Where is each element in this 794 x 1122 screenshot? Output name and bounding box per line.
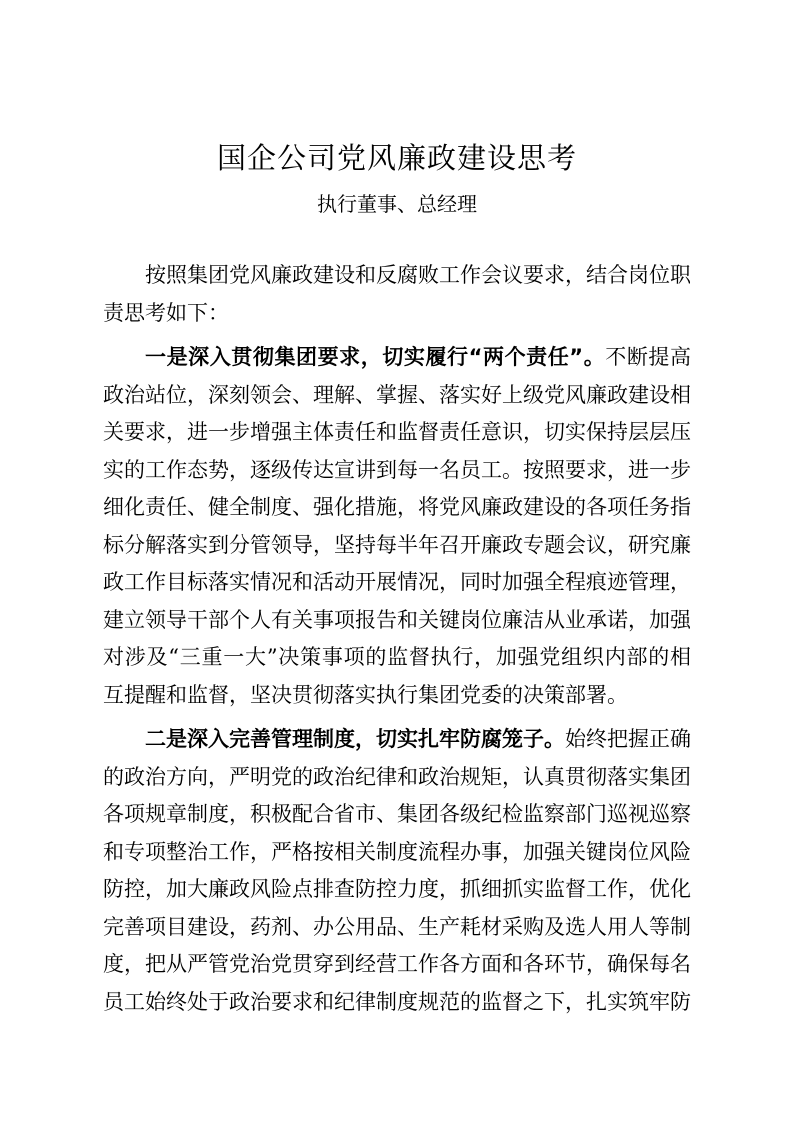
document-subtitle: 执行董事、总经理 xyxy=(103,190,691,218)
point-two-heading: 二是深入完善管理制度，切实扎牢防腐笼子。 xyxy=(145,727,565,751)
point-one-heading: 一是深入贯彻集团要求，切实履行“两个责任”。 xyxy=(145,345,605,369)
point-two-text: 始终把握正确的政治方向，严明党的政治纪律和政治规矩，认真贯彻落实集团各项规章制度… xyxy=(103,727,691,1014)
document-title: 国企公司党风廉政建设思考 xyxy=(103,138,691,178)
intro-paragraph: 按照集团党风廉政建设和反腐败工作会议要求，结合岗位职责思考如下： xyxy=(103,257,691,332)
document-page: 国企公司党风廉政建设思考 执行董事、总经理 按照集团党风廉政建设和反腐败工作会议… xyxy=(0,0,794,1122)
point-one-text: 不断提高政治站位，深刻领会、理解、掌握、落实好上级党风廉政建设相关要求，进一步增… xyxy=(103,345,691,707)
paragraph-point-two: 二是深入完善管理制度，切实扎牢防腐笼子。始终把握正确的政治方向，严明党的政治纪律… xyxy=(103,721,691,1021)
paragraph-point-one: 一是深入贯彻集团要求，切实履行“两个责任”。不断提高政治站位，深刻领会、理解、掌… xyxy=(103,339,691,714)
intro-paragraph-text: 按照集团党风廉政建设和反腐败工作会议要求，结合岗位职责思考如下： xyxy=(103,263,691,325)
document-body: 按照集团党风廉政建设和反腐败工作会议要求，结合岗位职责思考如下： 一是深入贯彻集… xyxy=(103,257,691,1021)
